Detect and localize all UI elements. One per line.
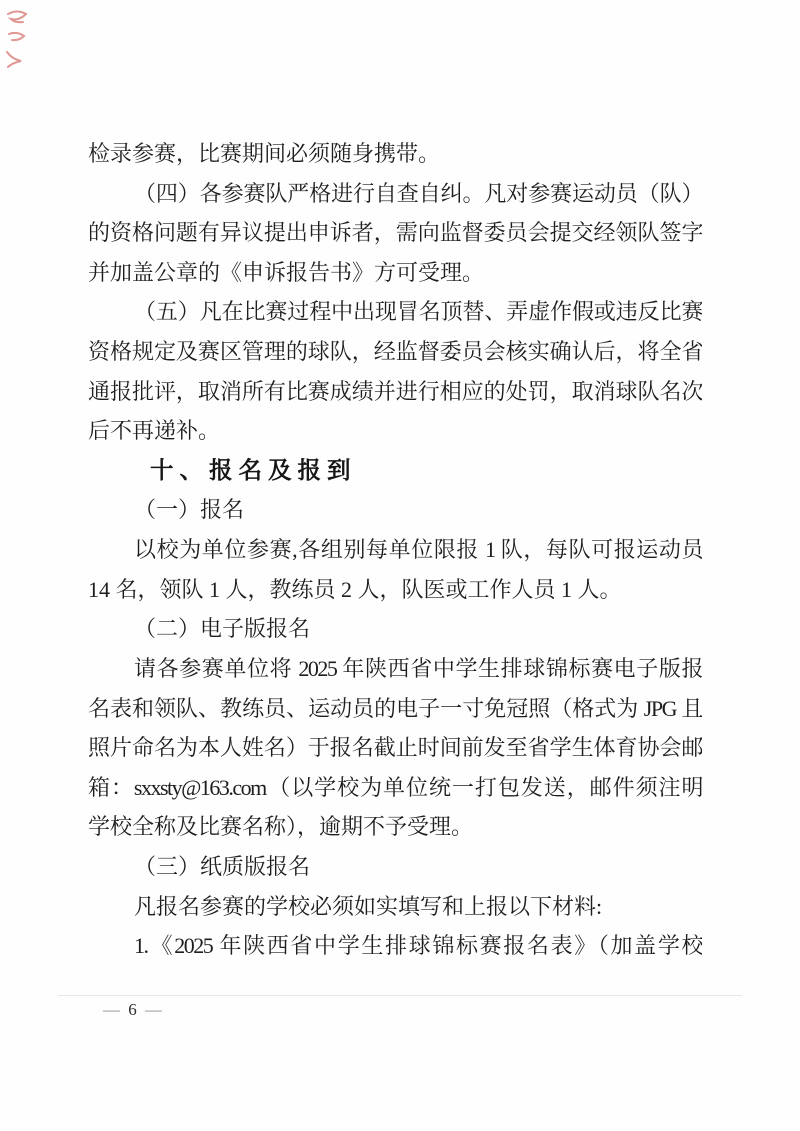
text-line: 请各参赛单位将 2025 年陕西省中学生排球锦标赛电子版报 (88, 649, 702, 689)
text-line: 以校为单位参赛,各组别每单位限报 1 队，每队可报运动员 (88, 530, 702, 570)
page-number-left-dash: — (103, 1000, 122, 1019)
text-line: （一）报名 (88, 490, 702, 530)
text-line: 通报批评，取消所有比赛成绩并进行相应的处罚，取消球队名次 (88, 372, 702, 412)
text-line: 照片命名为本人姓名）于报名截止时间前发至省学生体育协会邮 (88, 728, 702, 768)
text-line: （三）纸质版报名 (88, 847, 702, 887)
page-number: — 6 — (103, 1000, 164, 1020)
text-line: 1.《2025 年陕西省中学生排球锦标赛报名表》（加盖学校 (88, 926, 702, 966)
text-line: 的资格问题有异议提出申诉者，需向监督委员会提交经领队签字 (88, 213, 702, 253)
page-number-value: 6 (128, 1000, 139, 1019)
text-line: 学校全称及比赛名称），逾期不予受理。 (88, 807, 702, 847)
text-line: 箱：sxxsty@163.com（以学校为单位统一打包发送，邮件须注明 (88, 768, 702, 808)
page-number-right-dash: — (145, 1000, 164, 1019)
text-line: 后不再递补。 (88, 411, 702, 451)
text-line: 并加盖公章的《申诉报告书》方可受理。 (88, 253, 702, 293)
document-page: 检录参赛，比赛期间必须随身携带。（四）各参赛队严格进行自查自纠。凡对参赛运动员（… (0, 0, 800, 1131)
text-line: 凡报名参赛的学校必须如实填写和上报以下材料: (88, 887, 702, 927)
text-line: 检录参赛，比赛期间必须随身携带。 (88, 134, 702, 174)
text-line: （四）各参赛队严格进行自查自纠。凡对参赛运动员（队） (88, 174, 702, 214)
text-line: 名表和领队、教练员、运动员的电子一寸免冠照（格式为 JPG 且 (88, 689, 702, 729)
text-line: （二）电子版报名 (88, 609, 702, 649)
section-heading: 十、报名及报到 (88, 451, 702, 491)
document-body: 检录参赛，比赛期间必须随身携带。（四）各参赛队严格进行自查自纠。凡对参赛运动员（… (88, 134, 702, 966)
text-line: （五）凡在比赛过程中出现冒名顶替、弄虚作假或违反比赛 (88, 292, 702, 332)
scan-artifact-line (58, 995, 742, 996)
red-pen-scribble-marks (2, 6, 38, 70)
text-line: 资格规定及赛区管理的球队，经监督委员会核实确认后，将全省 (88, 332, 702, 372)
text-line: 14 名，领队 1 人，教练员 2 人，队医或工作人员 1 人。 (88, 570, 702, 610)
